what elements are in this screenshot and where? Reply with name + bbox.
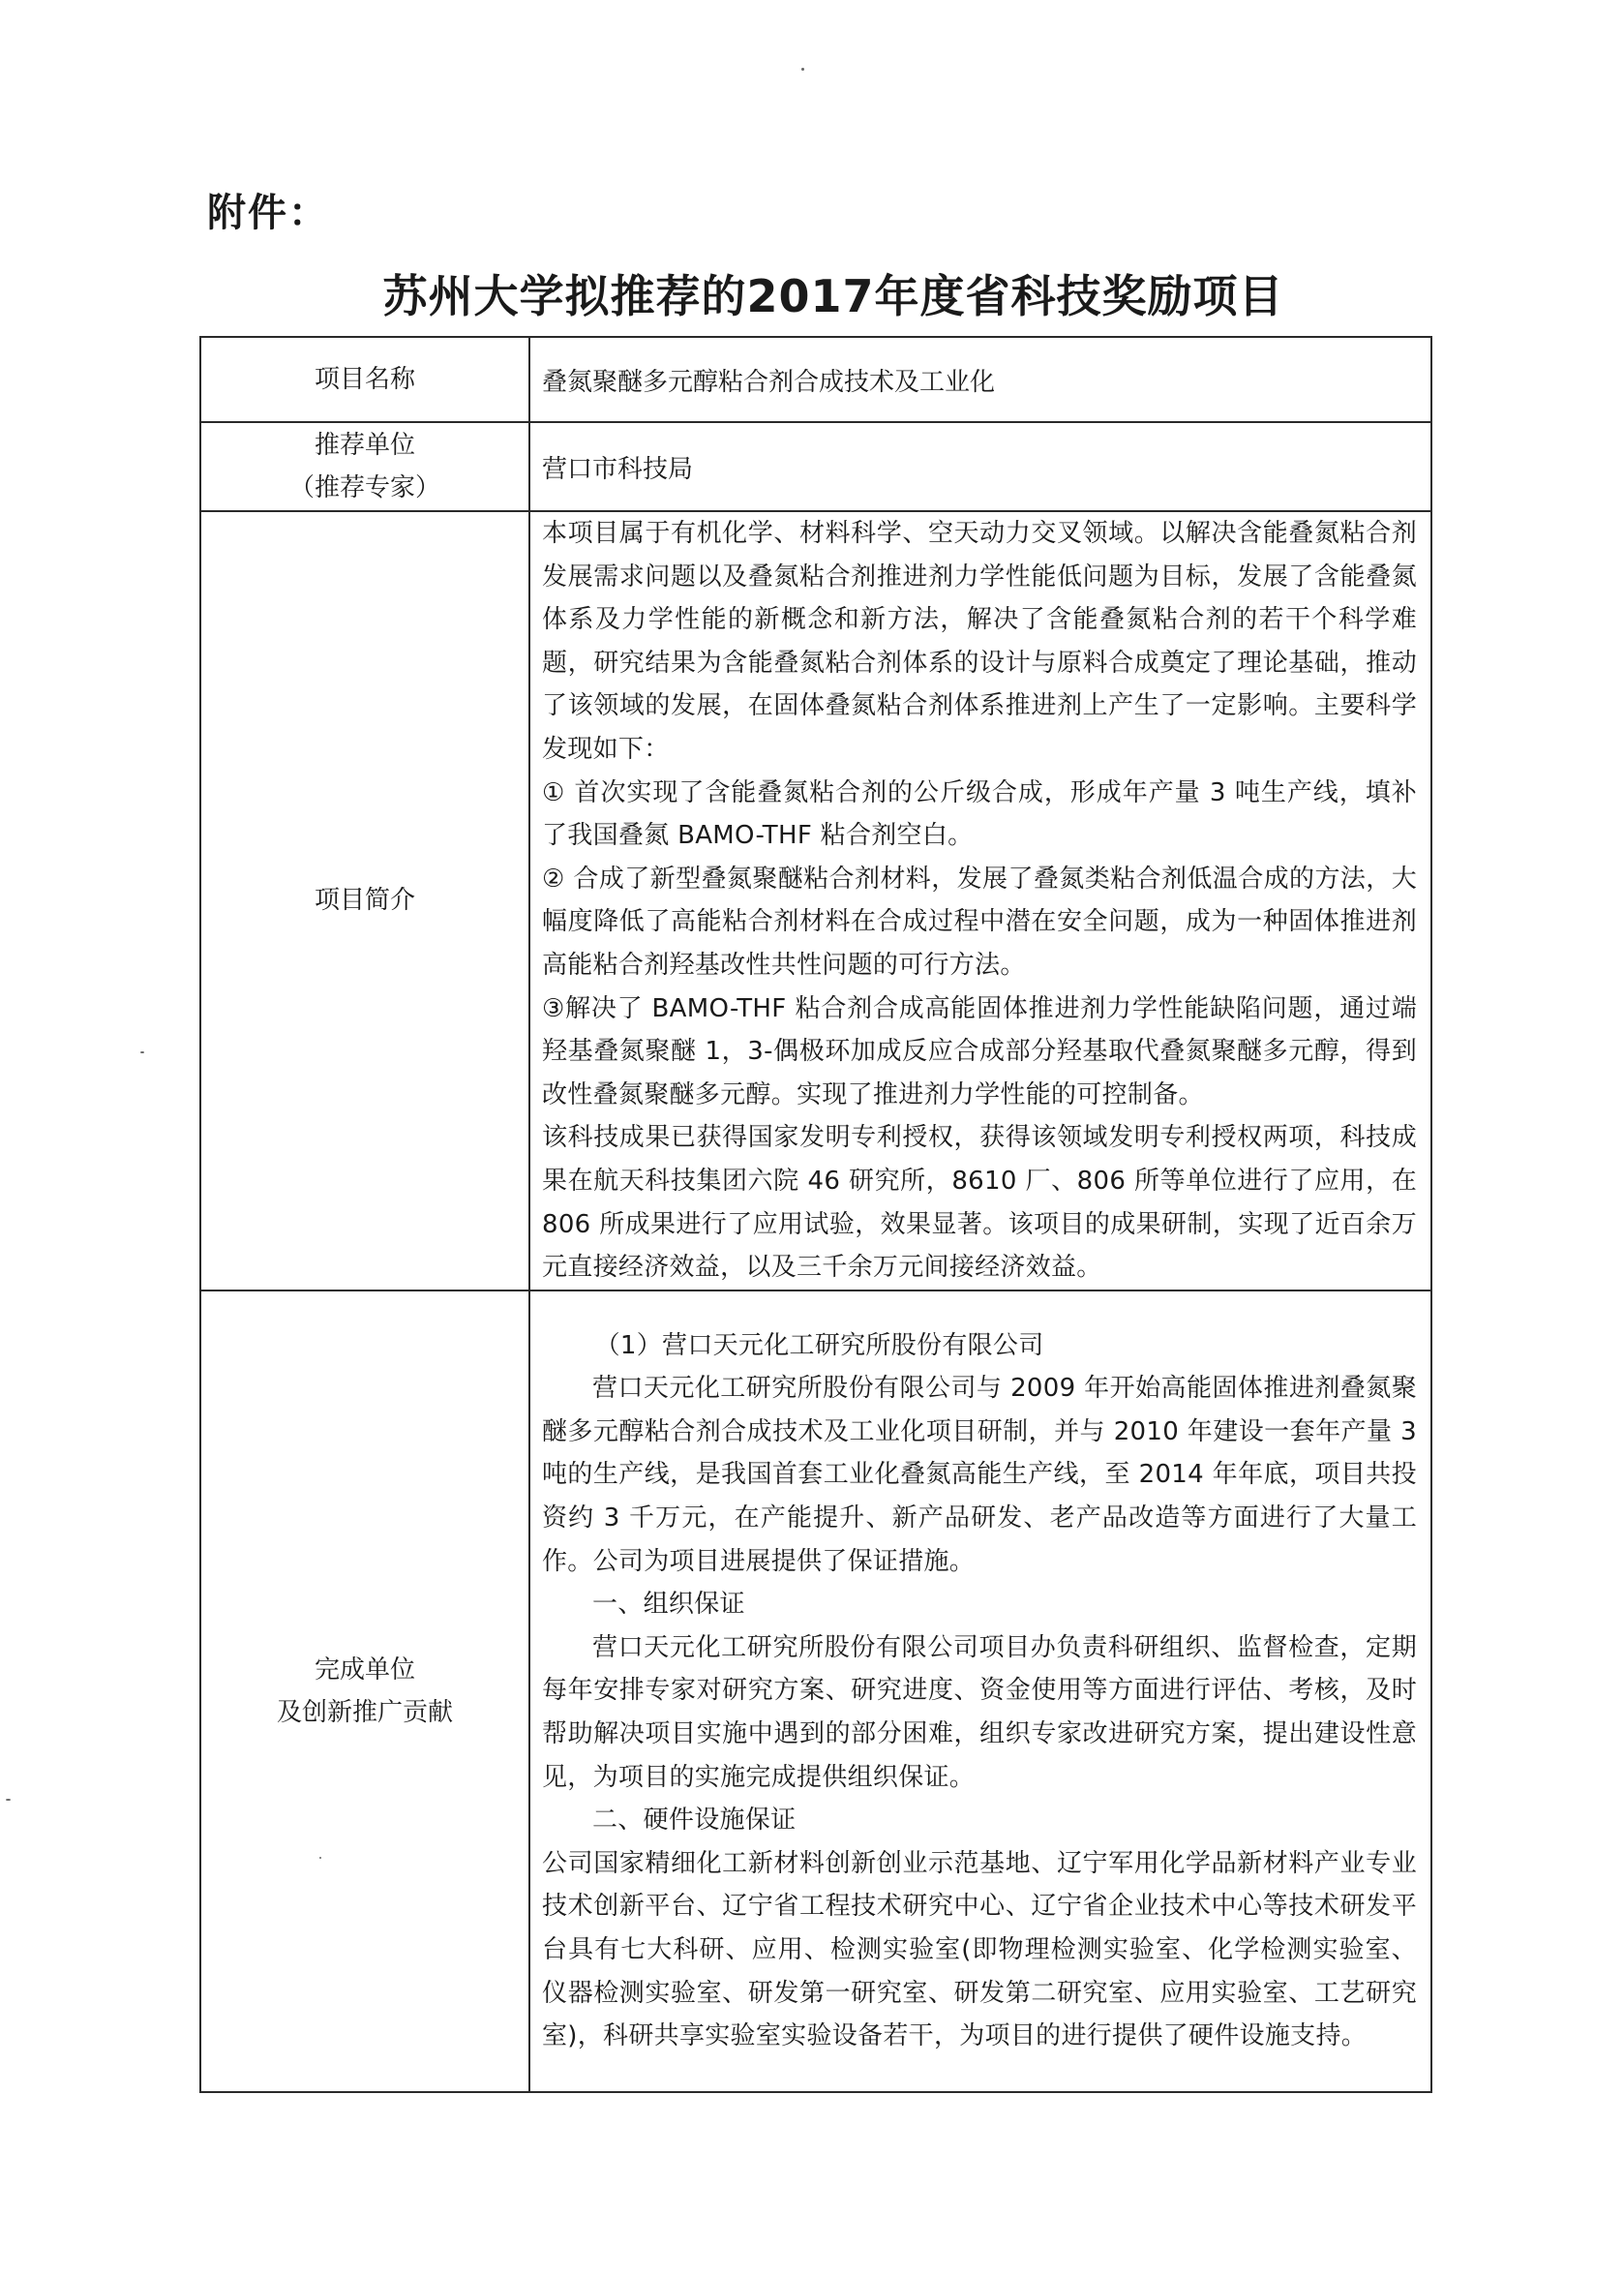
- label-project-summary: 项目简介: [200, 511, 529, 1290]
- attachment-label: 附件：: [207, 182, 329, 237]
- label-completing-unit: 完成单位 及创新推广贡献: [200, 1290, 529, 2092]
- section-hardware-heading: 二、硬件设施保证: [542, 1799, 1417, 1842]
- value-recommender: 营口市科技局: [529, 422, 1431, 511]
- document-title: 苏州大学拟推荐的2017年度省科技奖励项目: [0, 261, 1624, 325]
- summary-finding-1: ① 首次实现了含能叠氮粘合剂的公斤级合成，形成年产量 3 吨生产线，填补了我国叠…: [542, 772, 1417, 858]
- section-organization-heading: 一、组织保证: [542, 1583, 1417, 1626]
- label-recommender: 推荐单位 （推荐专家）: [200, 422, 529, 511]
- summary-achievements: 该科技成果已获得国家发明专利授权，获得该领域发明专利授权两项，科技成果在航天科技…: [542, 1116, 1417, 1289]
- company-intro: 营口天元化工研究所股份有限公司与 2009 年开始高能固体推进剂叠氮聚醚多元醇粘…: [542, 1367, 1417, 1583]
- section-organization-text: 营口天元化工研究所股份有限公司项目办负责科研组织、监督检查，定期每年安排专家对研…: [542, 1626, 1417, 1799]
- company-heading: （1）营口天元化工研究所股份有限公司: [542, 1324, 1417, 1368]
- scan-speck: [319, 1857, 321, 1859]
- label-project-name: 项目名称: [200, 337, 529, 422]
- summary-paragraph-intro: 本项目属于有机化学、材料科学、空天动力交叉领域。以解决含能叠氮粘合剂发展需求问题…: [542, 512, 1417, 772]
- table-row-project-name: 项目名称 叠氮聚醚多元醇粘合剂合成技术及工业化: [200, 337, 1431, 422]
- table-row-recommender: 推荐单位 （推荐专家） 营口市科技局: [200, 422, 1431, 511]
- scan-speck: [801, 68, 804, 71]
- label-completing-unit-line2: 及创新推广贡献: [202, 1691, 527, 1734]
- label-completing-unit-line1: 完成单位: [202, 1649, 527, 1691]
- value-project-summary: 本项目属于有机化学、材料科学、空天动力交叉领域。以解决含能叠氮粘合剂发展需求问题…: [529, 511, 1431, 1290]
- section-hardware-text: 公司国家精细化工新材料创新创业示范基地、辽宁军用化学品新材料产业专业技术创新平台…: [542, 1842, 1417, 2058]
- table-row-project-summary: 项目简介 本项目属于有机化学、材料科学、空天动力交叉领域。以解决含能叠氮粘合剂发…: [200, 511, 1431, 1290]
- label-recommender-line1: 推荐单位: [202, 424, 527, 467]
- value-project-name: 叠氮聚醚多元醇粘合剂合成技术及工业化: [529, 337, 1431, 422]
- label-recommender-line2: （推荐专家）: [202, 467, 527, 509]
- table-row-completing-unit: 完成单位 及创新推广贡献 （1）营口天元化工研究所股份有限公司 营口天元化工研究…: [200, 1290, 1431, 2092]
- scan-speck: [6, 1799, 11, 1801]
- summary-finding-3: ③解决了 BAMO-THF 粘合剂合成高能固体推进剂力学性能缺陷问题，通过端羟基…: [542, 987, 1417, 1117]
- value-completing-unit: （1）营口天元化工研究所股份有限公司 营口天元化工研究所股份有限公司与 2009…: [529, 1290, 1431, 2092]
- project-info-table: 项目名称 叠氮聚醚多元醇粘合剂合成技术及工业化 推荐单位 （推荐专家） 营口市科…: [199, 336, 1432, 2093]
- summary-finding-2: ② 合成了新型叠氮聚醚粘合剂材料，发展了叠氮类粘合剂低温合成的方法，大幅度降低了…: [542, 858, 1417, 987]
- document-title-text: 苏州大学拟推荐的2017年度省科技奖励项目: [382, 270, 1283, 322]
- scan-speck: [140, 1051, 144, 1053]
